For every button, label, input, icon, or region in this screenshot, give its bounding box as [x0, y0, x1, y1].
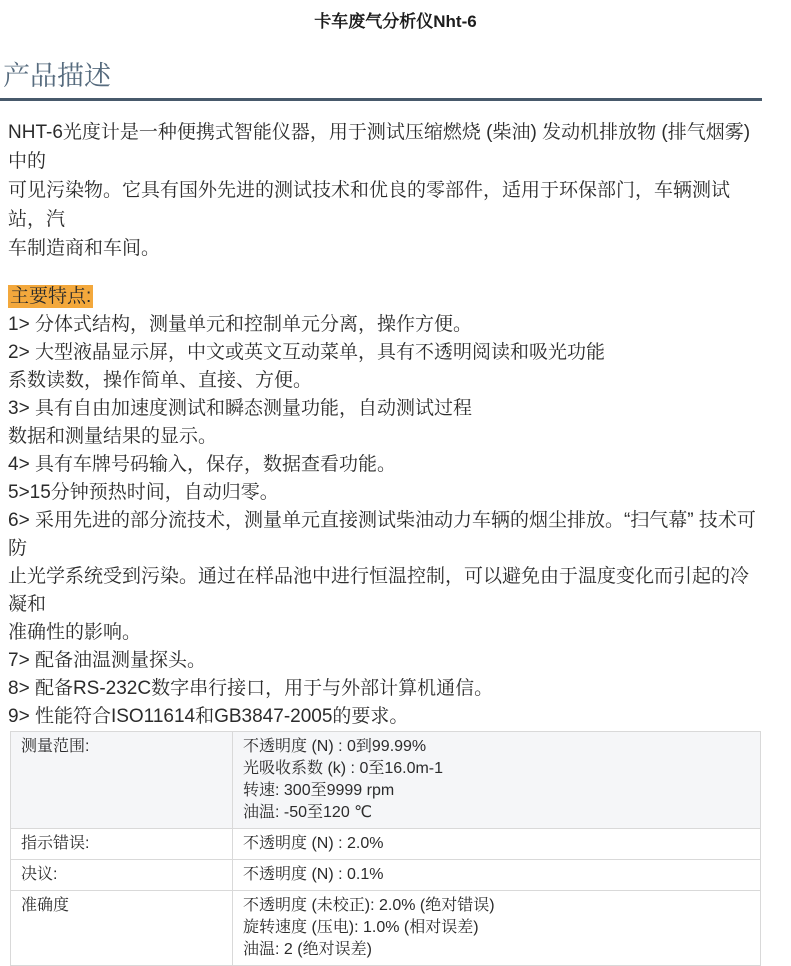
feature-line: 4> 具有车牌号码输入，保存，数据查看功能。 — [8, 451, 762, 479]
spec-value-cell: 不透明度 (N) : 0.1% — [233, 860, 761, 891]
section-divider — [0, 98, 762, 101]
feature-line: 3> 具有自由加速度测试和瞬态测量功能，自动测试过程 — [8, 395, 762, 423]
feature-line: 准确性的影响。 — [8, 619, 762, 647]
spec-value-line: 不透明度 (N) : 2.0% — [243, 833, 750, 855]
feature-line: 5>15分钟预热时间，自动归零。 — [8, 479, 762, 507]
spec-table: 测量范围: 不透明度 (N) : 0到99.99% 光吸收系数 (k) : 0至… — [10, 731, 761, 966]
features-heading-highlight: 主要特点: — [8, 285, 93, 308]
spec-value-line: 旋转速度 (压电): 1.0% (相对误差) — [243, 917, 750, 939]
feature-line: 数据和测量结果的显示。 — [8, 423, 762, 451]
description-line: 可见污染物。它具有国外先进的测试技术和优良的零部件，适用于环保部门，车辆测试站，… — [8, 176, 762, 234]
spec-value-cell: 不透明度 (N) : 0到99.99% 光吸收系数 (k) : 0至16.0m-… — [233, 732, 761, 829]
product-page: 卡车废气分析仪Nht-6 产品描述 NHT-6光度计是一种便携式智能仪器，用于测… — [0, 0, 791, 966]
section-heading-product-description: 产品描述 — [3, 61, 791, 91]
feature-line: 系数读数，操作简单、直接、方便。 — [8, 367, 762, 395]
spec-value-line: 不透明度 (未校正): 2.0% (绝对错误) — [243, 895, 750, 917]
table-row: 测量范围: 不透明度 (N) : 0到99.99% 光吸收系数 (k) : 0至… — [11, 732, 761, 829]
product-description-paragraph: NHT-6光度计是一种便携式智能仪器，用于测试压缩燃烧 (柴油) 发动机排放物 … — [8, 118, 762, 263]
spec-value-line: 光吸收系数 (k) : 0至16.0m-1 — [243, 758, 750, 780]
spec-value-line: 转速: 300至9999 rpm — [243, 780, 750, 802]
spec-value-line: 不透明度 (N) : 0到99.99% — [243, 736, 750, 758]
feature-line: 6> 采用先进的部分流技术，测量单元直接测试柴油动力车辆的烟尘排放。“扫气幕” … — [8, 507, 762, 563]
feature-line: 止光学系统受到污染。通过在样品池中进行恒温控制，可以避免由于温度变化而引起的冷凝… — [8, 563, 762, 619]
feature-line: 1> 分体式结构，测量单元和控制单元分离，操作方便。 — [8, 311, 762, 339]
spec-value-cell: 不透明度 (N) : 2.0% — [233, 829, 761, 860]
spec-value-line: 油温: 2 (绝对误差) — [243, 939, 750, 961]
spec-value-line: 不透明度 (N) : 0.1% — [243, 864, 750, 886]
feature-line: 8> 配备RS-232C数字串行接口，用于与外部计算机通信。 — [8, 675, 762, 703]
page-title: 卡车废气分析仪Nht-6 — [0, 12, 791, 32]
description-line: 车制造商和车间。 — [8, 234, 762, 263]
table-row: 决议: 不透明度 (N) : 0.1% — [11, 860, 761, 891]
feature-line: 9> 性能符合ISO11614和GB3847-2005的要求。 — [8, 703, 762, 731]
spec-label: 准确度 — [11, 891, 233, 966]
features-section: 主要特点: 1> 分体式结构，测量单元和控制单元分离，操作方便。 2> 大型液晶… — [8, 283, 762, 731]
table-row: 指示错误: 不透明度 (N) : 2.0% — [11, 829, 761, 860]
description-line: NHT-6光度计是一种便携式智能仪器，用于测试压缩燃烧 (柴油) 发动机排放物 … — [8, 118, 762, 176]
spec-label: 测量范围: — [11, 732, 233, 829]
spec-value-cell: 不透明度 (未校正): 2.0% (绝对错误) 旋转速度 (压电): 1.0% … — [233, 891, 761, 966]
spec-label: 决议: — [11, 860, 233, 891]
table-row: 准确度 不透明度 (未校正): 2.0% (绝对错误) 旋转速度 (压电): 1… — [11, 891, 761, 966]
feature-line: 7> 配备油温测量探头。 — [8, 647, 762, 675]
spec-value-line: 油温: -50至120 ℃ — [243, 802, 750, 824]
spec-label: 指示错误: — [11, 829, 233, 860]
features-heading: 主要特点: — [8, 283, 762, 311]
feature-line: 2> 大型液晶显示屏，中文或英文互动菜单，具有不透明阅读和吸光功能 — [8, 339, 762, 367]
